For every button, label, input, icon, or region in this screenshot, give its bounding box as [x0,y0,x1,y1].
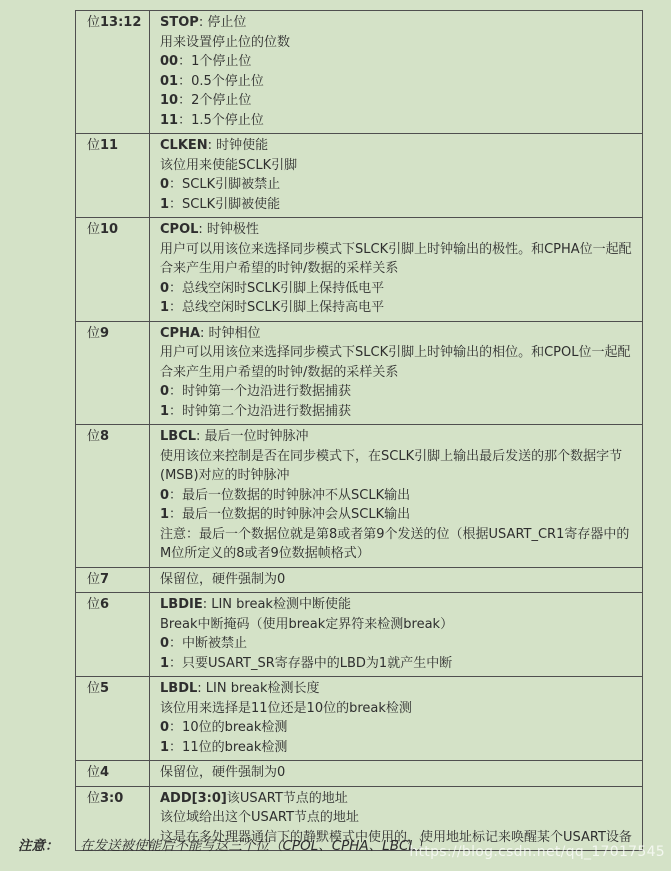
bit-label: 位8 [76,425,150,568]
description-line: 1：11位的break检测 [160,738,634,758]
bit-label: 位11 [76,134,150,218]
description-line: 1：最后一位数据的时钟脉冲会从SCLK输出 [160,505,634,525]
description-line: 该位域给出这个USART节点的地址 [160,808,634,828]
table-row: 位7保留位，硬件强制为0 [76,567,643,593]
bit-number: 8 [100,429,109,444]
bit-number: 11 [100,138,118,153]
table-row: 位8LBCL: 最后一位时钟脉冲使用该位来控制是否在同步模式下，在SCLK引脚上… [76,425,643,568]
description-line: 00：1个停止位 [160,52,634,72]
bit-prefix: 位 [87,597,100,612]
description-line: Break中断掩码（使用break定界符来检测break） [160,615,634,635]
description-line: 保留位，硬件强制为0 [160,570,634,590]
register-bit-table-body: 位13:12STOP: 停止位用来设置停止位的位数00：1个停止位01：0.5个… [76,11,643,851]
description-line: 0：10位的break检测 [160,718,634,738]
bit-prefix: 位 [87,765,100,780]
bit-description: CPOL: 时钟极性用户可以用该位来选择同步模式下SLCK引脚上时钟输出的极性。… [150,218,643,322]
bit-label: 位7 [76,567,150,593]
description-line: CPHA: 时钟相位 [160,324,634,344]
bit-prefix: 位 [87,572,100,587]
description-line: 该位用来使能SCLK引脚 [160,156,634,176]
table-row: 位11CLKEN: 时钟使能该位用来使能SCLK引脚0：SCLK引脚被禁止1：S… [76,134,643,218]
description-line: 1：时钟第二个边沿进行数据捕获 [160,402,634,422]
description-line: 1：SCLK引脚被使能 [160,195,634,215]
bit-prefix: 位 [87,222,100,237]
table-row: 位10CPOL: 时钟极性用户可以用该位来选择同步模式下SLCK引脚上时钟输出的… [76,218,643,322]
csdn-watermark: https://blog.csdn.net/qq_17017545 [409,844,665,860]
description-line: 1：总线空闲时SCLK引脚上保持高电平 [160,298,634,318]
description-line: 0：最后一位数据的时钟脉冲不从SCLK输出 [160,486,634,506]
table-row: 位5LBDL: LIN break检测长度该位用来选择是11位还是10位的bre… [76,677,643,761]
register-bit-table: 位13:12STOP: 停止位用来设置停止位的位数00：1个停止位01：0.5个… [75,10,643,851]
bit-label: 位5 [76,677,150,761]
description-line: 用户可以用该位来选择同步模式下SLCK引脚上时钟输出的相位。和CPOL位一起配合… [160,343,634,382]
bit-label: 位4 [76,761,150,787]
bit-number: 13:12 [100,15,141,30]
bit-description: CLKEN: 时钟使能该位用来使能SCLK引脚0：SCLK引脚被禁止1：SCLK… [150,134,643,218]
bit-prefix: 位 [87,15,100,30]
bit-label: 位9 [76,321,150,425]
description-line: LBDL: LIN break检测长度 [160,679,634,699]
bit-description: 保留位，硬件强制为0 [150,567,643,593]
description-line: 0：总线空闲时SCLK引脚上保持低电平 [160,279,634,299]
table-row: 位6LBDIE: LIN break检测中断使能Break中断掩码（使用brea… [76,593,643,677]
note-row: 注意：在发送被使能后不能写这三个位（CPOL、CPHA、LBCL） [18,834,429,854]
bit-description: 保留位，硬件强制为0 [150,761,643,787]
description-line: STOP: 停止位 [160,13,634,33]
description-line: 01：0.5个停止位 [160,72,634,92]
description-line: ADD[3:0]该USART节点的地址 [160,789,634,809]
bit-label: 位6 [76,593,150,677]
bit-prefix: 位 [87,791,100,806]
bit-number: 5 [100,681,109,696]
description-line: CPOL: 时钟极性 [160,220,634,240]
description-line: 11：1.5个停止位 [160,111,634,131]
table-row: 位4保留位，硬件强制为0 [76,761,643,787]
note-text: 在发送被使能后不能写这三个位（CPOL、CPHA、LBCL） [80,838,429,854]
description-line: 0：中断被禁止 [160,634,634,654]
table-row: 位13:12STOP: 停止位用来设置停止位的位数00：1个停止位01：0.5个… [76,11,643,134]
bit-number: 9 [100,326,109,341]
bit-number: 10 [100,222,118,237]
bit-number: 6 [100,597,109,612]
description-line: 用来设置停止位的位数 [160,33,634,53]
bit-prefix: 位 [87,138,100,153]
description-line: 1：只要USART_SR寄存器中的LBD为1就产生中断 [160,654,634,674]
note-label: 注意： [18,834,80,854]
bit-prefix: 位 [87,326,100,341]
bit-description: LBCL: 最后一位时钟脉冲使用该位来控制是否在同步模式下，在SCLK引脚上输出… [150,425,643,568]
description-line: 0：SCLK引脚被禁止 [160,175,634,195]
bit-description: LBDIE: LIN break检测中断使能Break中断掩码（使用break定… [150,593,643,677]
description-line: 使用该位来控制是否在同步模式下，在SCLK引脚上输出最后发送的那个数据字节(MS… [160,447,634,486]
bit-description: STOP: 停止位用来设置停止位的位数00：1个停止位01：0.5个停止位10：… [150,11,643,134]
description-line: 0：时钟第一个边沿进行数据捕获 [160,382,634,402]
bit-label: 位10 [76,218,150,322]
description-line: 用户可以用该位来选择同步模式下SLCK引脚上时钟输出的极性。和CPHA位一起配合… [160,240,634,279]
description-line: LBCL: 最后一位时钟脉冲 [160,427,634,447]
description-line: 10：2个停止位 [160,91,634,111]
bit-number: 3:0 [100,791,123,806]
bit-number: 4 [100,765,109,780]
bit-prefix: 位 [87,681,100,696]
bit-description: LBDL: LIN break检测长度该位用来选择是11位还是10位的break… [150,677,643,761]
bit-label: 位13:12 [76,11,150,134]
bit-description: CPHA: 时钟相位用户可以用该位来选择同步模式下SLCK引脚上时钟输出的相位。… [150,321,643,425]
bit-prefix: 位 [87,429,100,444]
table-row: 位9CPHA: 时钟相位用户可以用该位来选择同步模式下SLCK引脚上时钟输出的相… [76,321,643,425]
description-line: CLKEN: 时钟使能 [160,136,634,156]
description-line: 该位用来选择是11位还是10位的break检测 [160,699,634,719]
description-line: LBDIE: LIN break检测中断使能 [160,595,634,615]
description-line: 保留位，硬件强制为0 [160,763,634,783]
bit-number: 7 [100,572,109,587]
description-line: 注意：最后一个数据位就是第8或者第9个发送的位（根据USART_CR1寄存器中的… [160,525,634,564]
